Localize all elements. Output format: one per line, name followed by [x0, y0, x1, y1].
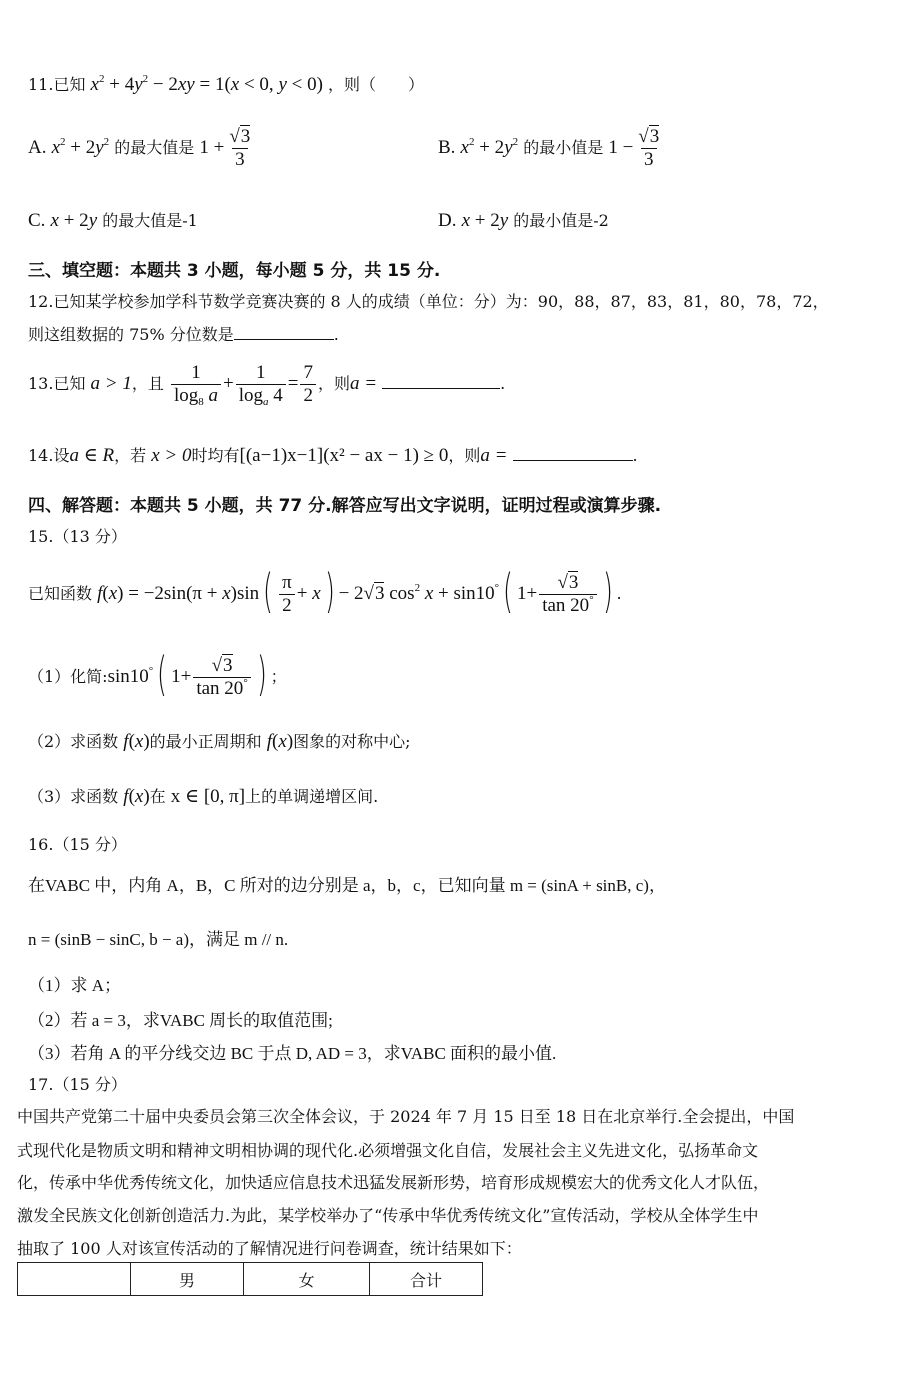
q16-line2: n = (sinB − sinC, b − a)，满足 m // n. [28, 925, 288, 950]
q17-header: 17.（15 分） [28, 1072, 127, 1095]
q17-stat-table: 男 女 合计 [17, 1262, 483, 1296]
q16-line1: 在VABC 中，内角 A，B，C 所对的边分别是 a，b，c，已知向量 m = … [28, 871, 666, 896]
q12-line2: 则这组数据的 75% 分位数是. [28, 322, 339, 345]
q16-part-3: （3）若角 A 的平分线交边 BC 于点 D, AD = 3，求VABC 面积的… [28, 1039, 556, 1064]
q15-header: 15.（13 分） [28, 524, 127, 547]
q17-paragraph-line-1: 中国共产党第二十届中央委员会第三次全体会议，于 2024 年 7 月 15 日至… [17, 1104, 794, 1127]
q11-suffix: ，则（ ） [328, 75, 424, 94]
section-3-title: 三、填空题：本题共 3 小题，每小题 5 分，共 15 分. [28, 256, 440, 281]
q13-answer-blank[interactable] [382, 388, 500, 389]
q16-part-2: （2）若 a = 3，求VABC 周长的取值范围; [28, 1006, 333, 1031]
q17-paragraph-line-4: 激发全民族文化创新创造活力.为此，某学校举办了“传承中华优秀传统文化”宣传活动，… [17, 1203, 758, 1226]
q13-stem: 13.已知 a > 1，且 1log8 a+1loga 4=72，则a = . [28, 362, 505, 407]
q15-function: 已知函数 f(x) = −2sin(π + x)sin(π2+ x)− 2√3 … [28, 572, 622, 617]
q12-answer-blank[interactable] [234, 339, 334, 340]
q17-paragraph-line-2: 式现代化是物质文明和精神文明相协调的现代化.必须增强文化自信，发展社会主义先进文… [17, 1138, 758, 1161]
q11-equation: x2 + 4y2 − 2xy = 1(x < 0, y < 0) [91, 74, 323, 95]
q14-stem: 14.设a ∈ R，若 x > 0时均有[(a−1)x−1](x² − ax −… [28, 443, 638, 467]
q11-prefix: 11.已知 [28, 75, 85, 94]
q11-option-a: A. x2 + 2y2 的最大值是 1 +√33 [28, 126, 255, 171]
q16-part-1: （1）求 A； [28, 971, 121, 996]
table-header-cell: 男 [131, 1263, 244, 1296]
section-4-title: 四、解答题：本题共 5 小题，共 77 分.解答应写出文字说明，证明过程或演算步… [28, 491, 661, 516]
q17-paragraph-line-5: 抽取了 100 人对该宣传活动的了解情况进行问卷调查，统计结果如下： [17, 1236, 522, 1259]
q11-option-b: B. x2 + 2y2 的最小值是 1 −√33 [438, 126, 664, 171]
q15-part-1: （1）化简:sin10°(1+√3tan 20°)； [28, 655, 287, 700]
q12-line1: 12.已知某学校参加学科节数学竞赛决赛的 8 人的成绩（单位：分）为：90，88… [28, 289, 829, 312]
q11-option-d: D. x + 2y 的最小值是-2 [438, 208, 609, 232]
q15-part-2: （2）求函数 f(x)的最小正周期和 f(x)图象的对称中心; [28, 729, 411, 753]
q11-option-c: C. x + 2y 的最大值是-1 [28, 208, 198, 232]
q15-part-3: （3）求函数 f(x)在 x ∈ [0, π]上的单调递增区间. [28, 784, 378, 808]
table-header-cell: 女 [244, 1263, 370, 1296]
table-header-cell [18, 1263, 131, 1296]
q16-header: 16.（15 分） [28, 832, 127, 855]
q17-paragraph-line-3: 化，传承中华优秀传统文化，加快适应信息技术迅猛发展新形势，培育形成规模宏大的优秀… [17, 1170, 769, 1193]
q14-inequality: [(a−1)x−1](x² − ax − 1) ≥ 0 [240, 445, 449, 466]
table-header-row: 男 女 合计 [18, 1263, 483, 1296]
table-header-cell: 合计 [370, 1263, 483, 1296]
q11-stem: 11.已知 x2 + 4y2 − 2xy = 1(x < 0, y < 0) ，… [28, 72, 424, 96]
q14-answer-blank[interactable] [513, 460, 633, 461]
